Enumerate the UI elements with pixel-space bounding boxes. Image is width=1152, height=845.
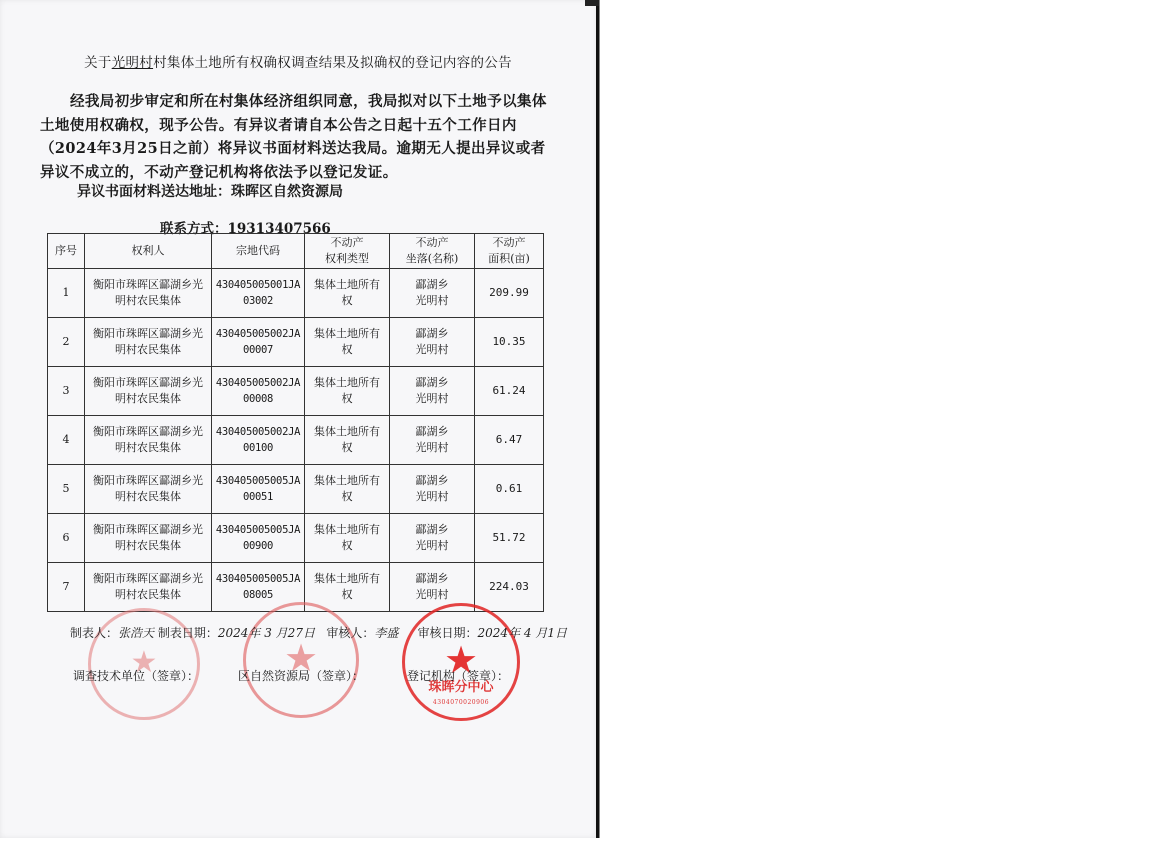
table-row: 3衡阳市珠晖区酃湖乡光明村农民集体430405005002JA00008集体土地…: [48, 367, 544, 416]
cell-type: 集体土地所有权: [305, 367, 390, 416]
cell-no: 2: [48, 318, 85, 367]
table-row: 6衡阳市珠晖区酃湖乡光明村农民集体430405005005JA00900集体土地…: [48, 514, 544, 563]
cell-no: 1: [48, 269, 85, 318]
cell-location: 酃湖乡光明村: [390, 416, 475, 465]
preparer-signature: 张浩天: [118, 624, 154, 641]
review-date-label: 审核日期：: [418, 624, 478, 641]
title-suffix: 村集体土地所有权确权调查结果及拟确权的登记内容的公告: [153, 55, 512, 71]
cell-owner: 衡阳市珠晖区酃湖乡光明村农民集体: [85, 416, 212, 465]
cell-type: 集体土地所有权: [305, 514, 390, 563]
announcement-paragraph: 经我局初步审定和所在村集体经济组织同意，我局拟对以下土地予以集体土地使用权确权，…: [40, 90, 560, 184]
cell-type: 集体土地所有权: [305, 269, 390, 318]
cell-area: 6.47: [475, 416, 544, 465]
cell-type: 集体土地所有权: [305, 465, 390, 514]
resource-bureau-seal-label: 区自然资源局（签章）：: [238, 667, 364, 684]
table-row: 4衡阳市珠晖区酃湖乡光明村农民集体430405005002JA00100集体土地…: [48, 416, 544, 465]
cell-no: 4: [48, 416, 85, 465]
table-row: 5衡阳市珠晖区酃湖乡光明村农民集体430405005005JA00051集体土地…: [48, 465, 544, 514]
header-code: 宗地代码: [212, 234, 305, 269]
scan-edge: [599, 0, 600, 838]
cell-type: 集体土地所有权: [305, 318, 390, 367]
cell-owner: 衡阳市珠晖区酃湖乡光明村农民集体: [85, 318, 212, 367]
table-row: 2衡阳市珠晖区酃湖乡光明村农民集体430405005002JA00007集体土地…: [48, 318, 544, 367]
cell-code: 430405005005JA00900: [212, 514, 305, 563]
title-prefix: 关于: [84, 55, 112, 71]
registry-stamp: ★ 珠晖分中心 4304070020906: [402, 603, 520, 721]
registry-seal-label: 登记机构（签章）：: [407, 667, 509, 684]
cell-area: 10.35: [475, 318, 544, 367]
scan-edge: [585, 0, 599, 6]
cell-location: 酃湖乡光明村: [390, 514, 475, 563]
header-location: 不动产坐落(名称): [390, 234, 475, 269]
signature-row: 制表人：张浩天 制表日期：2024年 3 月27日 审核人：李盛 审核日期：20…: [70, 624, 567, 641]
cell-no: 3: [48, 367, 85, 416]
table-header-row: 序号 权利人 宗地代码 不动产权利类型 不动产坐落(名称) 不动产面积(亩): [48, 234, 544, 269]
cell-owner: 衡阳市珠晖区酃湖乡光明村农民集体: [85, 367, 212, 416]
cell-type: 集体土地所有权: [305, 416, 390, 465]
cell-location: 酃湖乡光明村: [390, 318, 475, 367]
cell-area: 209.99: [475, 269, 544, 318]
cell-owner: 衡阳市珠晖区酃湖乡光明村农民集体: [85, 269, 212, 318]
cell-code: 430405005002JA00100: [212, 416, 305, 465]
cell-code: 430405005005JA00051: [212, 465, 305, 514]
cell-code: 430405005002JA00008: [212, 367, 305, 416]
reviewer-signature: 李盛: [374, 624, 398, 641]
preparer-label: 制表人：: [70, 624, 118, 641]
header-area: 不动产面积(亩): [475, 234, 544, 269]
survey-unit-seal-label: 调查技术单位（签章）：: [73, 667, 199, 684]
header-type: 不动产权利类型: [305, 234, 390, 269]
cell-area: 224.03: [475, 563, 544, 612]
resource-bureau-stamp: ★: [243, 602, 359, 718]
cell-area: 0.61: [475, 465, 544, 514]
review-date: 2024年 4 月1日: [478, 624, 567, 641]
cell-code: 430405005002JA00007: [212, 318, 305, 367]
reviewer-label: 审核人：: [326, 624, 374, 641]
cell-no: 6: [48, 514, 85, 563]
document-title: 关于光明村村集体土地所有权确权调查结果及拟确权的登记内容的公告: [0, 51, 596, 71]
cell-location: 酃湖乡光明村: [390, 367, 475, 416]
cell-no: 7: [48, 563, 85, 612]
cell-location: 酃湖乡光明村: [390, 465, 475, 514]
registry-stamp-number: 4304070020906: [405, 699, 517, 706]
cell-owner: 衡阳市珠晖区酃湖乡光明村农民集体: [85, 514, 212, 563]
header-no: 序号: [48, 234, 85, 269]
prep-date-label: 制表日期：: [158, 624, 218, 641]
cell-area: 51.72: [475, 514, 544, 563]
cell-no: 5: [48, 465, 85, 514]
registration-table: 序号 权利人 宗地代码 不动产权利类型 不动产坐落(名称) 不动产面积(亩) 1…: [47, 233, 544, 612]
paragraph-text: 经我局初步审定和所在村集体经济组织同意，我局拟对以下土地予以集体土地使用权确权，…: [40, 93, 547, 181]
objection-address: 异议书面材料送达地址：珠晖区自然资源局: [77, 181, 343, 201]
table-row: 1衡阳市珠晖区酃湖乡光明村农民集体430405005001JA03002集体土地…: [48, 269, 544, 318]
cell-location: 酃湖乡光明村: [390, 269, 475, 318]
header-owner: 权利人: [85, 234, 212, 269]
prep-date: 2024年 3 月27日: [218, 624, 315, 641]
cell-code: 430405005001JA03002: [212, 269, 305, 318]
title-village: 光明村: [112, 55, 153, 71]
cell-owner: 衡阳市珠晖区酃湖乡光明村农民集体: [85, 563, 212, 612]
cell-area: 61.24: [475, 367, 544, 416]
cell-owner: 衡阳市珠晖区酃湖乡光明村农民集体: [85, 465, 212, 514]
